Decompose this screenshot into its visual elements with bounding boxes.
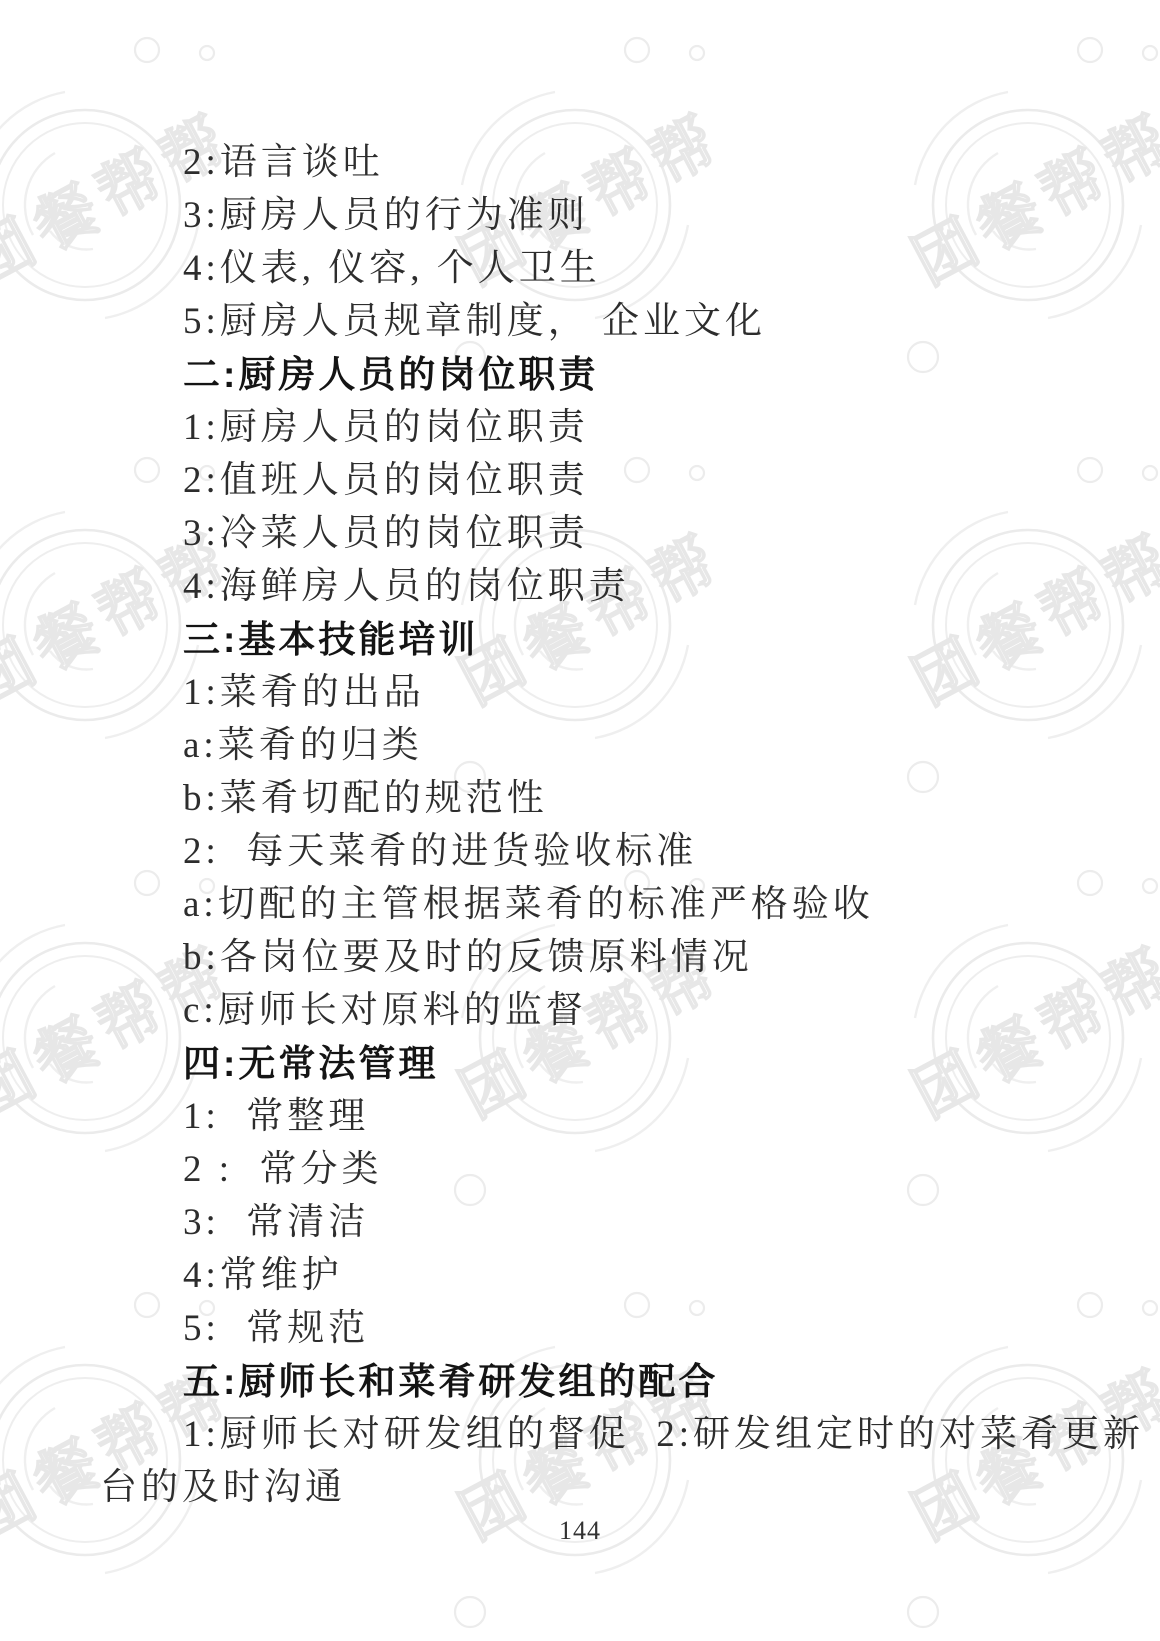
text-line: 1:厨房人员的岗位职责 xyxy=(100,401,1100,454)
text-line: a:菜肴的归类 xyxy=(100,719,1100,772)
section-heading: 三:基本技能培训 xyxy=(100,613,1100,666)
text-line-continuation: 台的及时沟通 xyxy=(100,1461,1100,1514)
document-body: 2:语言谈吐 3:厨房人员的行为准则 4:仪表, 仪容, 个人卫生 5:厨房人员… xyxy=(100,136,1100,1514)
text-line: b:各岗位要及时的反馈原料情况 xyxy=(100,931,1100,984)
text-line: 4:海鲜房人员的岗位职责 xyxy=(100,560,1100,613)
text-line: 4:仪表, 仪容, 个人卫生 xyxy=(100,242,1100,295)
text-line: 5:厨房人员规章制度， 企业文化 xyxy=(100,295,1100,348)
text-line: 3: 常清洁 xyxy=(100,1196,1100,1249)
text-line: a:切配的主管根据菜肴的标准严格验收 xyxy=(100,878,1100,931)
text-line: 1: 常整理 xyxy=(100,1090,1100,1143)
section-heading: 四:无常法管理 xyxy=(100,1037,1100,1090)
text-line: 4:常维护 xyxy=(100,1249,1100,1302)
text-line: c:厨师长对原料的监督 xyxy=(100,984,1100,1037)
text-line: 2: 每天菜肴的进货验收标准 xyxy=(100,825,1100,878)
text-line: 2 : 常分类 xyxy=(100,1143,1100,1196)
document-page: 团餐帮帮 2:语言谈吐 3:厨房人员的行为准则 4:仪表, 仪容, 个人卫生 5… xyxy=(0,0,1160,1641)
page-number: 144 xyxy=(0,1516,1160,1546)
text-line: 3:厨房人员的行为准则 xyxy=(100,189,1100,242)
text-line: 5: 常规范 xyxy=(100,1302,1100,1355)
section-heading: 二:厨房人员的岗位职责 xyxy=(100,348,1100,401)
text-line: 2:语言谈吐 xyxy=(100,136,1100,189)
text-line: 2:值班人员的岗位职责 xyxy=(100,454,1100,507)
section-heading: 五:厨师长和菜肴研发组的配合 xyxy=(100,1355,1100,1408)
text-line: 1:菜肴的出品 xyxy=(100,666,1100,719)
text-line: 3:冷菜人员的岗位职责 xyxy=(100,507,1100,560)
text-line: b:菜肴切配的规范性 xyxy=(100,772,1100,825)
text-line: 1:厨师长对研发组的督促 2:研发组定时的对菜肴更新 3:研发组和前 xyxy=(100,1408,1100,1461)
